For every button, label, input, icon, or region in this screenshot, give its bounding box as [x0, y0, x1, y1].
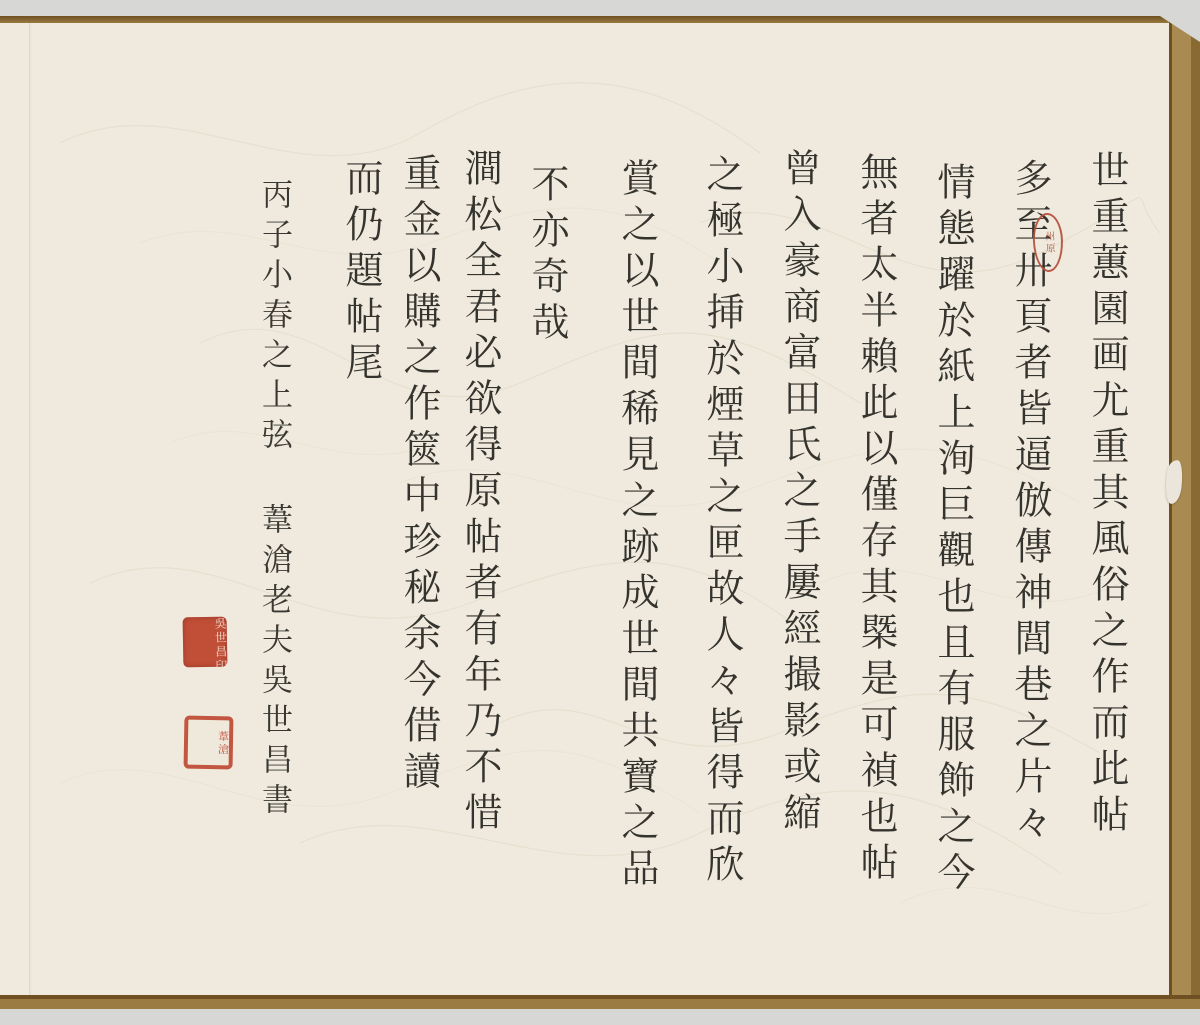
- artist-seal-relief-text: 葦滄: [208, 730, 229, 756]
- calligraphy-column-8: 不亦奇哉: [521, 164, 573, 348]
- artist-seal-relief: 葦滄: [184, 716, 234, 770]
- calligraphy-column-6: 之極小挿於煙草之匣故人々皆得而欣: [696, 154, 748, 890]
- artist-seal-intaglio-text: 吳世昌印: [205, 617, 228, 673]
- calligraphy-column-1: 世重蕙園画尤重其風俗之作而此帖: [1081, 150, 1133, 840]
- calligraphy-column-10: 重金以購之作篋中珍秘余今借讀: [393, 153, 445, 797]
- album-photo: 世重蕙園画尤重其風俗之作而此帖 多至卅頁者皆逼倣傳神閭巷之片々 情態躍於紙上洵巨…: [0, 0, 1200, 1025]
- album-cover-edge-bottom: [0, 995, 1200, 1009]
- signature-column: 丙子小春之上弦 葦滄老夫吳世昌書: [252, 178, 296, 823]
- artist-seal-intaglio: 吳世昌印: [183, 617, 228, 668]
- calligraphy-column-11: 而仍題帖尾: [335, 158, 387, 388]
- calligraphy-column-4: 無者太半賴此以僅存其槩是可禎也帖: [850, 152, 902, 888]
- paper-fiber-texture: [0, 23, 1169, 995]
- calligraphy-column-3: 情態躍於紙上洵巨觀也且有服飾之今: [927, 162, 979, 898]
- oval-intro-seal-text: 州原: [1042, 230, 1055, 254]
- paper-leaf: [0, 23, 1169, 995]
- calligraphy-column-9: 澗松全君必欲得原帖者有年乃不惜: [454, 148, 506, 838]
- album-cover-edge-right: [1169, 16, 1200, 1009]
- paper-fold-crease: [29, 23, 31, 995]
- calligraphy-column-7: 賞之以世間稀見之跡成世間共寶之品: [611, 158, 663, 894]
- album-cover-edge-top: [0, 16, 1200, 23]
- calligraphy-column-5: 曾入豪商富田氏之手屢經撮影或縮: [773, 148, 825, 838]
